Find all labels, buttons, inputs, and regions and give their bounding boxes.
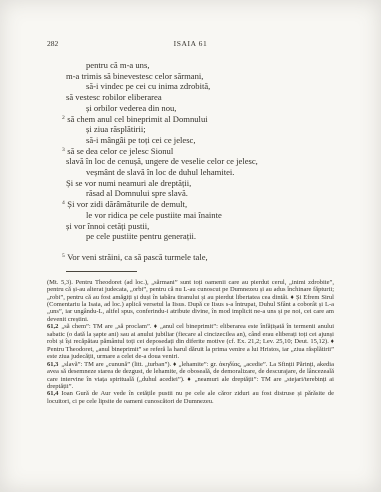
poem-line: și vor înnoi cetăți pustii,: [66, 221, 334, 232]
footnote-text: „slavă”: TM are „cunună” (litt. „turban”…: [47, 361, 334, 390]
poem-line: pe cele pustiite pentru generații.: [66, 231, 334, 242]
poem-line: pentru că m-a uns,: [66, 60, 334, 71]
poem-line: să-i mângâi pe toți cei ce jelesc,: [66, 135, 334, 146]
running-title: ISAIA 61: [47, 38, 334, 49]
poem-line: 2să chem anul cel bineprimit al Domnului: [66, 114, 334, 125]
poem-line: să-i vindec pe cei cu inima zdrobită,: [66, 81, 334, 92]
poem-line: le vor ridica pe cele pustiite mai înain…: [66, 210, 334, 221]
poem-line: m-a trimis să binevestesc celor sărmani,: [66, 71, 334, 82]
footnote-text: Ioan Gură de Aur vede în cetățile pustii…: [47, 390, 334, 404]
footnote-text: „să chem”: TM are „să proclam”. ♦ „anul …: [47, 323, 334, 360]
poem-line-text: răsad al Domnului spre slavă.: [86, 188, 188, 198]
footnote-paragraph: (Mt. 5,3). Pentru Theodoret (ad loc.), „…: [47, 279, 334, 324]
footnote-paragraph: 61,2„să chem”: TM are „să proclam”. ♦ „a…: [47, 323, 334, 360]
footnote-paragraph: 61,4Ioan Gură de Aur vede în cetățile pu…: [47, 390, 334, 405]
poem-line-text: să se dea celor ce jelesc Sionul: [67, 146, 173, 156]
verse-poem-block: pentru că m-a uns, m-a trimis să bineves…: [66, 60, 334, 263]
footnote-marker: 61,3: [47, 361, 58, 368]
poem-line-text: și ziua răsplătirii;: [86, 124, 146, 134]
poem-line: veșmânt de slavă în loc de duhul lehamit…: [66, 167, 334, 178]
poem-line-text: să chem anul cel bineprimit al Domnului: [67, 114, 207, 124]
poem-line-text: și orbilor vederea din nou,: [86, 103, 176, 113]
poem-line-text: Și vor zidi dărâmăturile de demult,: [67, 199, 187, 209]
book-page: 282 ISAIA 61 pentru că m-a uns, m-a trim…: [0, 0, 381, 492]
poem-line: și orbilor vederea din nou,: [66, 103, 334, 114]
poem-line-text: pe cele pustiite pentru generații.: [86, 231, 196, 241]
page-header: 282 ISAIA 61: [47, 38, 334, 49]
footnotes-block: (Mt. 5,3). Pentru Theodoret (ad loc.), „…: [47, 279, 334, 406]
poem-line-text: veșmânt de slavă în loc de duhul lehamit…: [86, 167, 234, 177]
footnote-marker: 61,2: [47, 323, 58, 330]
verse-number: 5: [62, 253, 65, 259]
poem-line: să vestesc robilor eliberarea: [66, 92, 334, 103]
poem-line-text: pentru că m-a uns,: [86, 60, 149, 70]
poem-line-text: să-i mângâi pe toți cei ce jelesc,: [86, 135, 196, 145]
poem-line: 4Și vor zidi dărâmăturile de demult,: [66, 199, 334, 210]
poem-line-text: Și se vor numi neamuri ale dreptății,: [66, 178, 191, 188]
poem-line: și ziua răsplătirii;: [66, 124, 334, 135]
verse-number: 3: [62, 147, 65, 153]
verse-number: 4: [62, 200, 65, 206]
footnote-paragraph: 61,3„slavă”: TM are „cunună” (litt. „tur…: [47, 361, 334, 391]
poem-line-text: slavă în loc de cenușă, ungere de veseli…: [66, 156, 258, 166]
footnote-marker: 61,4: [47, 390, 58, 397]
poem-line-text: Vor veni străini, ca să pască turmele ta…: [67, 252, 207, 262]
poem-line: Și se vor numi neamuri ale dreptății,: [66, 178, 334, 189]
verse-number: 2: [62, 115, 65, 121]
poem-line-text: m-a trimis să binevestesc celor sărmani,: [66, 71, 203, 81]
stanza-gap: [66, 242, 334, 252]
poem-line-text: să vestesc robilor eliberarea: [66, 92, 162, 102]
poem-line-text: să-i vindec pe cei cu inima zdrobită,: [86, 81, 210, 91]
poem-line-text: le vor ridica pe cele pustiite mai înain…: [86, 210, 222, 220]
footnote-text: (Mt. 5,3). Pentru Theodoret (ad loc.), „…: [47, 279, 334, 323]
footnote-separator-rule: [66, 271, 137, 272]
poem-line: slavă în loc de cenușă, ungere de veseli…: [66, 156, 334, 167]
poem-line: răsad al Domnului spre slavă.: [66, 188, 334, 199]
poem-line: 5Vor veni străini, ca să pască turmele t…: [66, 252, 334, 263]
poem-line: 3să se dea celor ce jelesc Sionul: [66, 146, 334, 157]
poem-line-text: și vor înnoi cetăți pustii,: [66, 221, 149, 231]
